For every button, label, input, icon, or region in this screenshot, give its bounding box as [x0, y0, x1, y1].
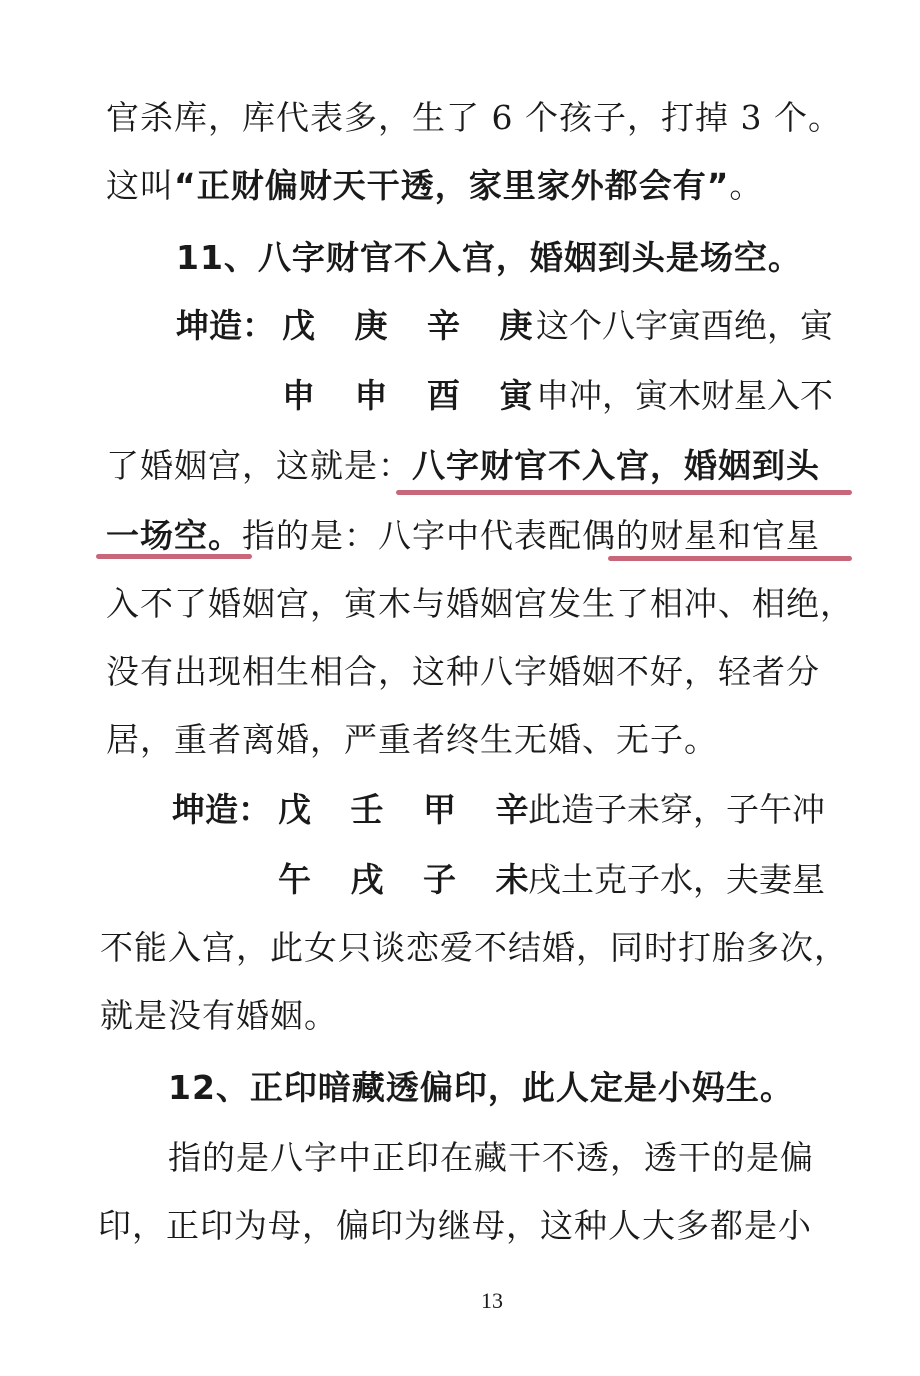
red-underline	[608, 556, 852, 561]
text-line: 一场空。指的是：八字中代表配偶的财星和官星	[106, 516, 820, 556]
text-line: 指的是八字中正印在藏干不透，透干的是偏	[168, 1138, 814, 1178]
quoted-saying: “正财偏财天干透，家里家外都会有”	[174, 166, 729, 205]
section-heading-11: 11、八字财官不入宫，婚姻到头是场空。	[176, 238, 802, 278]
text-line: 不能入宫，此女只谈恋爱不结婚，同时打胎多次，	[100, 928, 848, 968]
text-line: 就是没有婚姻。	[100, 996, 338, 1036]
text-line: 入不了婚姻宫，寅木与婚姻宫发生了相冲、相绝，	[106, 584, 854, 624]
emphasized-text: 八字财官不入宫，婚姻到头	[412, 446, 820, 485]
section-heading-12: 12、正印暗藏透偏印，此人定是小妈生。	[168, 1068, 794, 1108]
text-line: 没有出现相生相合，这种八字婚姻不好，轻者分	[106, 652, 820, 692]
chart-label: 坤造：	[172, 790, 271, 830]
text-fragment: 了婚姻宫，这就是：	[106, 446, 412, 485]
text-line: 这叫“正财偏财天干透，家里家外都会有”。	[106, 166, 763, 206]
heavenly-stems: 戊 壬 甲 辛	[278, 790, 542, 830]
bazi-chart-row: 坤造： 戊 庚 辛 庚 这个八字寅酉绝，寅	[0, 306, 920, 346]
red-underline	[396, 490, 852, 495]
page-number: 13	[481, 1288, 503, 1314]
earthly-branches: 申 申 酉 寅	[282, 376, 546, 416]
text-line: 印，正印为母，偏印为继母，这种人大多都是小	[98, 1206, 812, 1246]
chart-description: 戌土克子水，夫妻星	[528, 860, 825, 900]
text-fragment: 这叫	[106, 166, 174, 205]
bazi-chart-row: 午 戌 子 未 戌土克子水，夫妻星	[0, 860, 920, 900]
text-fragment: 。	[729, 166, 763, 205]
heavenly-stems: 戊 庚 辛 庚	[282, 306, 546, 346]
text-line: 官杀库，库代表多，生了 6 个孩子，打掉 3 个。	[106, 98, 842, 138]
earthly-branches: 午 戌 子 未	[278, 860, 542, 900]
emphasized-text: 一场空。	[106, 516, 242, 555]
chart-description: 这个八字寅酉绝，寅	[536, 306, 833, 346]
bazi-chart-row: 坤造： 戊 壬 甲 辛 此造子未穿，子午冲	[0, 790, 920, 830]
chart-description: 此造子未穿，子午冲	[528, 790, 825, 830]
text-fragment: 指的是：八字中代表配偶的财星和官星	[242, 516, 820, 555]
bazi-chart-row: 申 申 酉 寅 申冲，寅木财星入不	[0, 376, 920, 416]
text-line: 了婚姻宫，这就是：八字财官不入宫，婚姻到头	[106, 446, 820, 486]
chart-description: 申冲，寅木财星入不	[536, 376, 833, 416]
chart-label: 坤造：	[176, 306, 275, 346]
red-underline	[96, 554, 252, 559]
text-line: 居，重者离婚，严重者终生无婚、无子。	[106, 720, 718, 760]
